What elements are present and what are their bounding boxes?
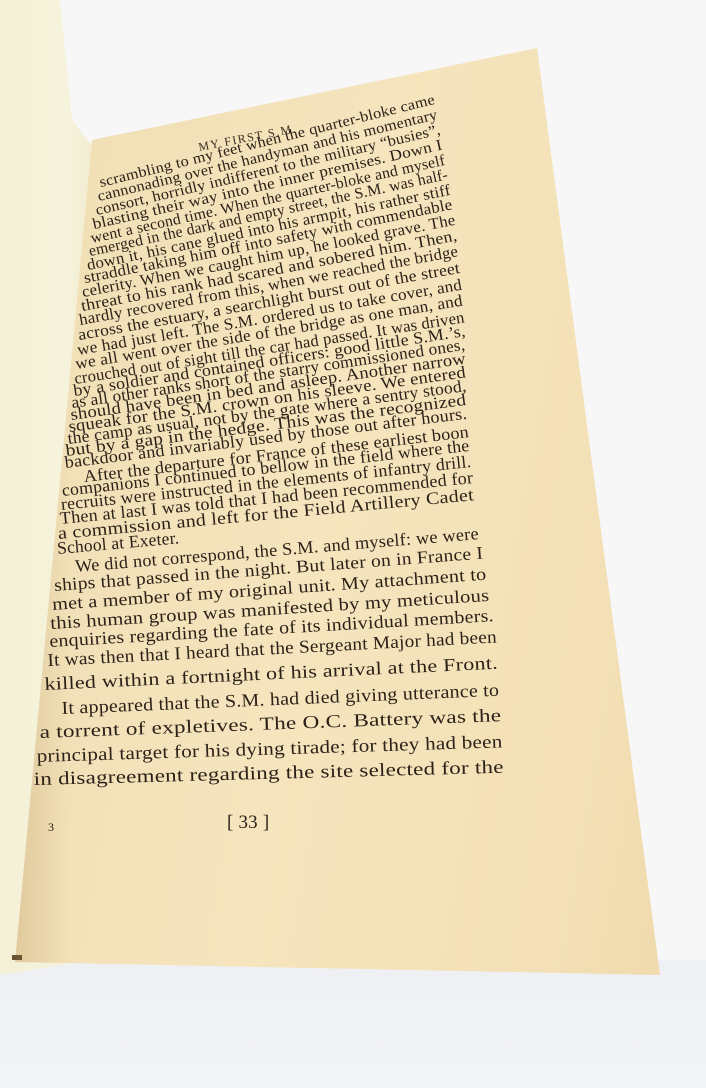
spine-edge [12,955,22,960]
signature-mark: 3 [48,820,54,835]
page-number: [ 33 ] [227,812,269,834]
table-surface [0,960,706,1088]
